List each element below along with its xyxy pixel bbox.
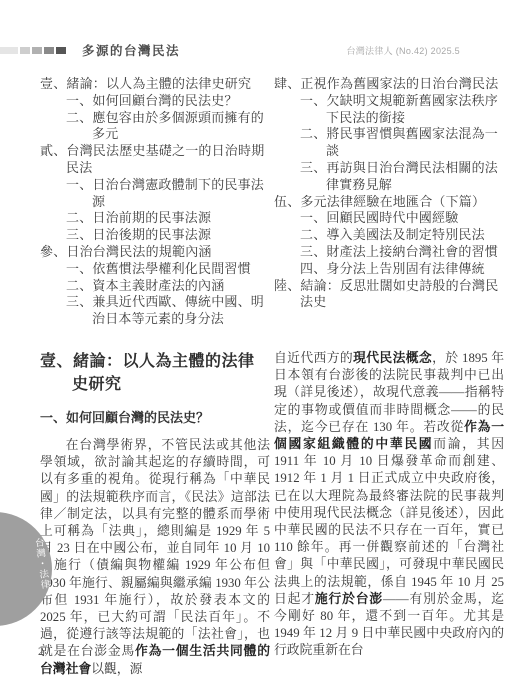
- table-of-contents: 壹、緒論：以人為主體的法律史研究一、如何回顧台灣的民法史？二、應包容由於多個源頭…: [40, 76, 504, 328]
- section-heading: 壹、緒論：以人為主體的法律史研究: [40, 350, 270, 396]
- journal-issue-label: 台灣法律人 (No.42) 2025.5: [346, 44, 460, 58]
- toc-item: 二、導入美國法及制定特別民法: [274, 227, 504, 244]
- toc-item: 陸、結論：反思壯闊如史詩般的台灣民法史: [274, 278, 504, 312]
- toc-item: 二、日治前期的民事法源: [40, 210, 270, 227]
- toc-item: 一、依舊慣法學權利化民間習慣: [40, 261, 270, 278]
- body-right-column: 自近代西方的現代民法概念，於 1895 年日本領有台澎後的法院民事裁判中已出現（…: [274, 350, 504, 678]
- article-series-title: 多源的台灣民法: [82, 42, 180, 60]
- body-text: 以觀，源: [91, 662, 142, 676]
- journal-page: 多源的台灣民法 台灣法律人 (No.42) 2025.5 壹、緒論：以人為主體的…: [0, 0, 516, 700]
- body-left-column: 壹、緒論：以人為主體的法律史研究 一、如何回顧台灣的民法史？ 在台灣學術界，不管…: [40, 350, 270, 678]
- subsection-heading: 一、如何回顧台灣的民法史？: [40, 409, 270, 427]
- emphasis-text: 現代民法概念: [353, 351, 432, 365]
- gradient-bars-decoration: [0, 47, 68, 54]
- page-header: 多源的台灣民法 台灣法律人 (No.42) 2025.5: [0, 42, 516, 60]
- toc-item: 三、兼具近代西歐、傳統中國、明治日本等元素的身分法: [40, 294, 270, 328]
- paragraph: 自近代西方的現代民法概念，於 1895 年日本領有台澎後的法院民事裁判中已出現（…: [274, 350, 504, 660]
- toc-item: 一、欠缺明文規範新舊國家法秩序下民法的銜接: [274, 93, 504, 127]
- gradient-bar: [56, 47, 66, 54]
- emphasis-text: 施行於台澎: [315, 592, 383, 606]
- toc-item: 肆、正視作為舊國家法的日治台灣民法: [274, 76, 504, 93]
- body-text: 自近代西方的: [274, 351, 353, 365]
- toc-item: 二、資本主義財產法的內涵: [40, 278, 270, 295]
- page-number: 2: [38, 646, 44, 658]
- toc-item: 貳、台灣民法歷史基礎之一的日治時期民法: [40, 143, 270, 177]
- paragraph: 在台灣學術界，不管民法或其他法學領域，欲討論其起迄的存續時間，可以有多重的視角。…: [40, 437, 270, 678]
- toc-item: 壹、緒論：以人為主體的法律史研究: [40, 76, 270, 93]
- toc-item: 三、再訪與日治台灣民法相關的法律實務見解: [274, 160, 504, 194]
- toc-item: 一、日治台灣憲政體制下的民事法源: [40, 177, 270, 211]
- toc-item: 三、財產法上接納台灣社會的習慣: [274, 244, 504, 261]
- body-text: 在台灣學術界，不管民法或其他法學領域，欲討論其起迄的存續時間，可以有多重的視角。…: [40, 438, 270, 658]
- toc-right-column: 肆、正視作為舊國家法的日治台灣民法一、欠缺明文規範新舊國家法秩序下民法的銜接二、…: [274, 76, 504, 328]
- toc-left-column: 壹、緒論：以人為主體的法律史研究一、如何回顧台灣的民法史？二、應包容由於多個源頭…: [40, 76, 270, 328]
- toc-item: 三、日治後期的民事法源: [40, 227, 270, 244]
- body-text: 而論，其因 1911 年 10 月 10 日爆發革命而創建、1912 年 1 月…: [274, 437, 504, 606]
- gradient-bar: [44, 47, 54, 54]
- gradient-bar: [0, 47, 18, 54]
- toc-item: 伍、多元法律經驗在地匯合（下篇）: [274, 194, 504, 211]
- gradient-bar: [20, 47, 30, 54]
- toc-item: 二、將民事習慣與舊國家法混為一談: [274, 126, 504, 160]
- toc-item: 四、身分法上告別固有法律傳統: [274, 261, 504, 278]
- toc-item: 一、如何回顧台灣的民法史？: [40, 93, 270, 110]
- toc-item: 一、回顧民國時代中國經驗: [274, 210, 504, 227]
- gradient-bar: [32, 47, 42, 54]
- toc-item: 二、應包容由於多個源頭而擁有的多元: [40, 110, 270, 144]
- toc-item: 參、日治台灣民法的規範內涵: [40, 244, 270, 261]
- article-body: 壹、緒論：以人為主體的法律史研究 一、如何回顧台灣的民法史？ 在台灣學術界，不管…: [40, 350, 504, 678]
